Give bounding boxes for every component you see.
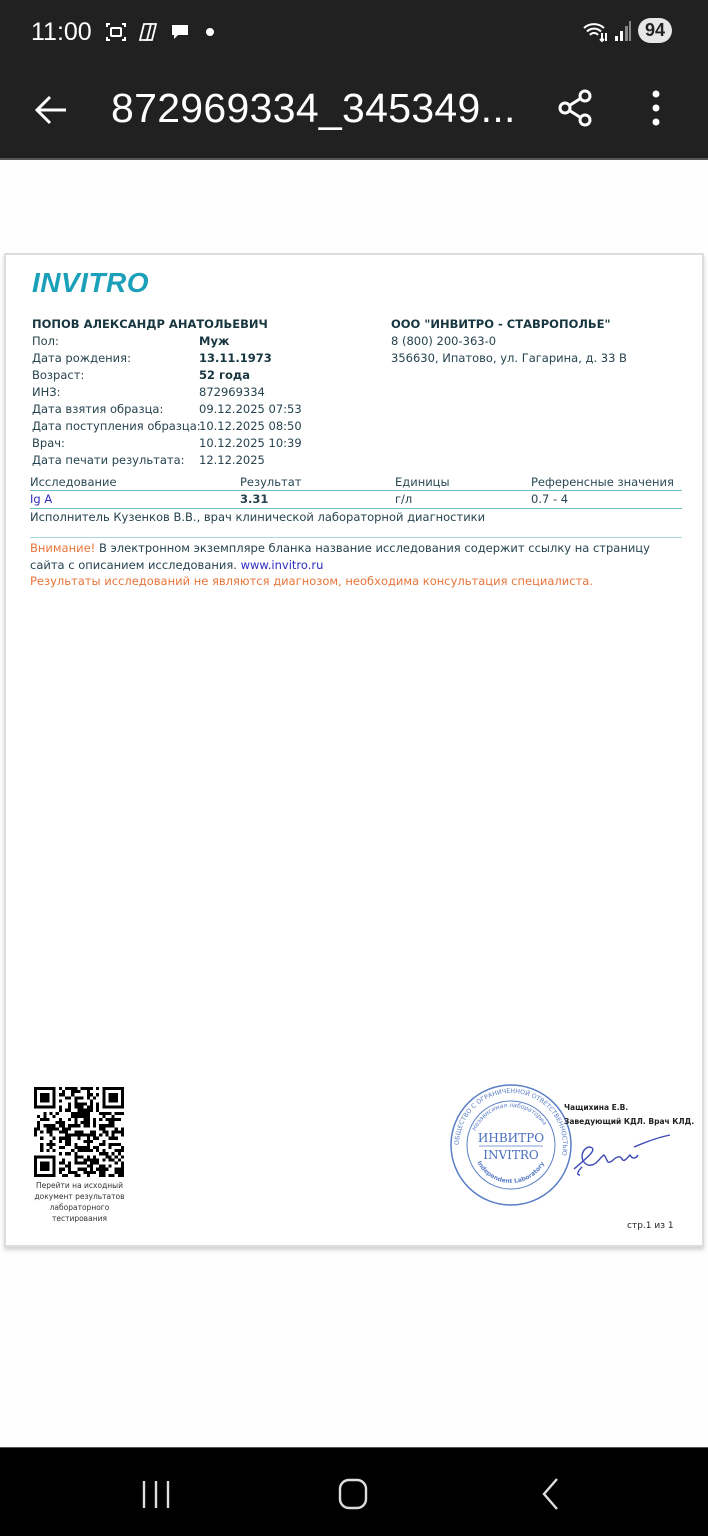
col-header-result: Результат: [240, 475, 302, 489]
invitro-logo: INVITRO: [32, 267, 149, 299]
disclaimer: Результаты исследований не являются диаг…: [30, 573, 682, 590]
col-header-reference: Референсные значения: [531, 475, 674, 489]
field-value: 13.11.1973: [199, 351, 272, 365]
qr-code[interactable]: [34, 1087, 124, 1177]
recents-icon[interactable]: [134, 1476, 178, 1512]
app-bar: 872969334_345349...: [0, 68, 708, 160]
test-reference: 0.7 - 4: [531, 492, 568, 506]
document-title: 872969334_345349...: [111, 85, 516, 132]
test-result: 3.31: [240, 492, 268, 506]
field-label: Врач:: [32, 436, 202, 450]
notification-dot: [206, 28, 214, 36]
test-name-link[interactable]: Ig A: [30, 492, 52, 506]
notice-block: Внимание! В электронном экземпляре бланк…: [30, 540, 682, 590]
signature: [568, 1127, 673, 1182]
executor-line: Исполнитель Кузенков В.В., врач клиничес…: [30, 510, 485, 524]
col-header-units: Единицы: [395, 475, 450, 489]
more-vert-icon[interactable]: [640, 86, 672, 130]
test-units: г/л: [395, 492, 412, 506]
field-value: 12.12.2025: [199, 453, 265, 467]
status-bar: 11:00 94: [0, 0, 708, 68]
attention-label: Внимание!: [30, 541, 95, 555]
field-value: 872969334: [199, 385, 265, 399]
table-divider: [30, 508, 682, 509]
field-label: Пол:: [32, 334, 202, 348]
svg-text:Независимая лаборатория: Независимая лаборатория: [471, 1102, 548, 1132]
chat-bubble-icon: [168, 20, 192, 44]
field-value: 09.12.2025 07:53: [199, 402, 302, 416]
screenshot-icon: [104, 20, 128, 44]
signer-name: Чащихина Е.В.: [564, 1101, 694, 1115]
field-value: Муж: [199, 334, 229, 348]
field-value: 10.12.2025 08:50: [199, 419, 302, 433]
lab-phone: 8 (800) 200-363-0: [391, 334, 496, 348]
home-icon[interactable]: [331, 1476, 375, 1512]
wifi-icon: [582, 19, 608, 43]
status-time: 11:00: [31, 18, 92, 47]
notice-divider: [30, 537, 682, 538]
svg-text:INVITRO: INVITRO: [483, 1148, 539, 1162]
arrow-left-icon[interactable]: [30, 88, 74, 132]
field-value: 10.12.2025 10:39: [199, 436, 302, 450]
pdf-page: INVITRO ПОПОВ АЛЕКСАНДР АНАТОЛЬЕВИЧ Пол:…: [4, 253, 704, 1247]
patient-name: ПОПОВ АЛЕКСАНДР АНАТОЛЬЕВИЧ: [32, 317, 268, 331]
field-label: ИНЗ:: [32, 385, 202, 399]
notification-icons: [104, 20, 214, 44]
pdf-viewer[interactable]: INVITRO ПОПОВ АЛЕКСАНДР АНАТОЛЬЕВИЧ Пол:…: [0, 160, 708, 1447]
signal-icon: [614, 20, 632, 42]
qr-caption: Перейти на исходный документ результатов…: [22, 1180, 137, 1224]
notice-text: В электронном экземпляре бланка название…: [30, 541, 650, 572]
share-icon[interactable]: [553, 86, 597, 130]
battery-indicator: 94: [638, 18, 672, 43]
copilot-icon: [136, 20, 160, 44]
col-header-test: Исследование: [30, 475, 117, 489]
status-right: 94: [582, 18, 672, 43]
field-label: Дата печати результата:: [32, 453, 202, 467]
table-divider: [30, 490, 682, 491]
back-icon[interactable]: [529, 1476, 573, 1512]
field-label: Дата рождения:: [32, 351, 202, 365]
invitro-link[interactable]: www.invitro.ru: [241, 558, 324, 572]
lab-address: 356630, Ипатово, ул. Гагарина, д. 33 В: [391, 351, 627, 365]
field-label: Дата поступления образца:: [32, 419, 202, 433]
field-label: Дата взятия образца:: [32, 402, 202, 416]
system-nav-bar: [0, 1447, 708, 1536]
stamp-seal: ОБЩЕСТВО С ОГРАНИЧЕННОЙ ОТВЕТСТВЕННОСТЬЮ…: [449, 1083, 573, 1207]
svg-text:ИНВИТРО: ИНВИТРО: [478, 1131, 544, 1145]
field-label: Возраст:: [32, 368, 202, 382]
page-number: стр.1 из 1: [627, 1221, 674, 1231]
field-value: 52 года: [199, 368, 250, 382]
signer-block: Чащихина Е.В. Заведующий КДЛ. Врач КЛД.: [564, 1101, 694, 1129]
lab-name: ООО "ИНВИТРО - СТАВРОПОЛЬЕ": [391, 317, 611, 331]
